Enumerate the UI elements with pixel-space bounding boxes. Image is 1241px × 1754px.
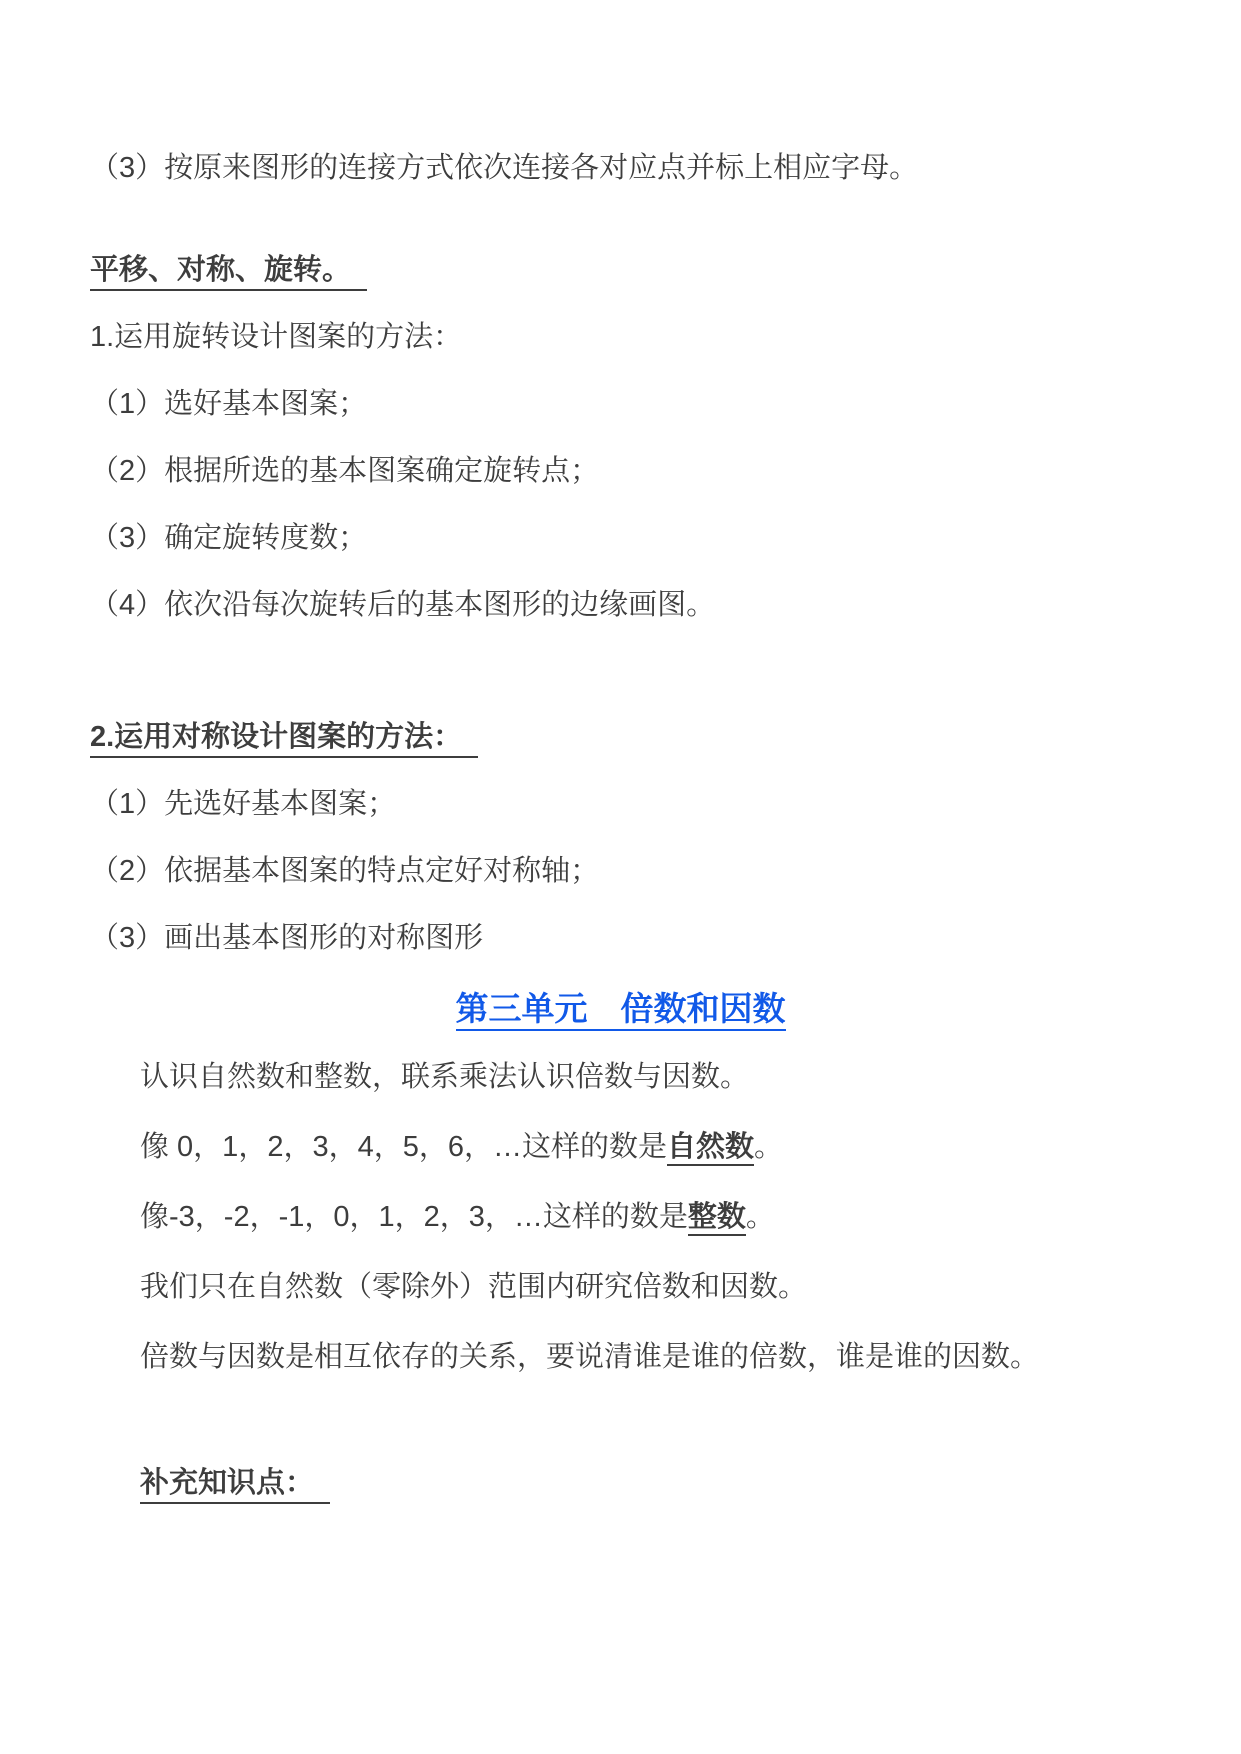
heading-translate-symmetry-rotate-text: 平移、对称、旋转。 xyxy=(90,254,367,291)
integers-suffix: 。 xyxy=(746,1201,775,1233)
term-natural-number: 自然数 xyxy=(667,1131,754,1166)
integers-prefix: 像-3，-2，-1，0，1，2，3，…这样的数是 xyxy=(140,1201,688,1233)
paragraph-intro-natural-integer: 认识自然数和整数，联系乘法认识倍数与因数。 xyxy=(140,1061,1151,1094)
symmetry-step: （3）画出基本图形的对称图形 xyxy=(90,922,1151,955)
rotation-step: （3）确定旋转度数； xyxy=(90,522,1151,555)
heading-symmetry-method-text: 2.运用对称设计图案的方法： xyxy=(90,721,478,758)
rotation-step: （1）选好基本图案； xyxy=(90,388,1151,421)
heading-supplement: 补充知识点： xyxy=(140,1467,1151,1500)
heading-symmetry-method: 2.运用对称设计图案的方法： xyxy=(90,721,1151,754)
symmetry-step: （1）先选好基本图案； xyxy=(90,788,1151,821)
paragraph-integers: 像-3，-2，-1，0，1，2，3，…这样的数是整数。 xyxy=(140,1201,1151,1234)
document-page: （3）按原来图形的连接方式依次连接各对应点并标上相应字母。 平移、对称、旋转。 … xyxy=(0,0,1241,1754)
paragraph-mutual-dependence: 倍数与因数是相互依存的关系，要说清谁是谁的倍数，谁是谁的因数。 xyxy=(140,1341,1151,1374)
paragraph-rotation-method-title: 1.运用旋转设计图案的方法： xyxy=(90,321,1151,354)
paragraph-natural-numbers: 像 0，1，2，3，4，5，6，…这样的数是自然数。 xyxy=(140,1131,1151,1164)
term-integer: 整数 xyxy=(688,1201,746,1236)
natural-numbers-suffix: 。 xyxy=(754,1131,783,1163)
rotation-step: （4）依次沿每次旋转后的基本图形的边缘画图。 xyxy=(90,589,1151,622)
rotation-step: （2）根据所选的基本图案确定旋转点； xyxy=(90,455,1151,488)
section-multiples-factors: 认识自然数和整数，联系乘法认识倍数与因数。 像 0，1，2，3，4，5，6，…这… xyxy=(90,1061,1151,1500)
symmetry-step: （2）依据基本图案的特点定好对称轴； xyxy=(90,855,1151,888)
natural-numbers-prefix: 像 0，1，2，3，4，5，6，…这样的数是 xyxy=(140,1131,667,1163)
paragraph-scope: 我们只在自然数（零除外）范围内研究倍数和因数。 xyxy=(140,1271,1151,1304)
paragraph-connect-points: （3）按原来图形的连接方式依次连接各对应点并标上相应字母。 xyxy=(90,152,1151,185)
chapter-heading-unit3: 第三单元 倍数和因数 xyxy=(90,989,1151,1029)
heading-supplement-text: 补充知识点： xyxy=(140,1467,330,1504)
heading-translate-symmetry-rotate: 平移、对称、旋转。 xyxy=(90,254,1151,287)
chapter-link-unit3[interactable]: 第三单元 倍数和因数 xyxy=(456,990,786,1031)
